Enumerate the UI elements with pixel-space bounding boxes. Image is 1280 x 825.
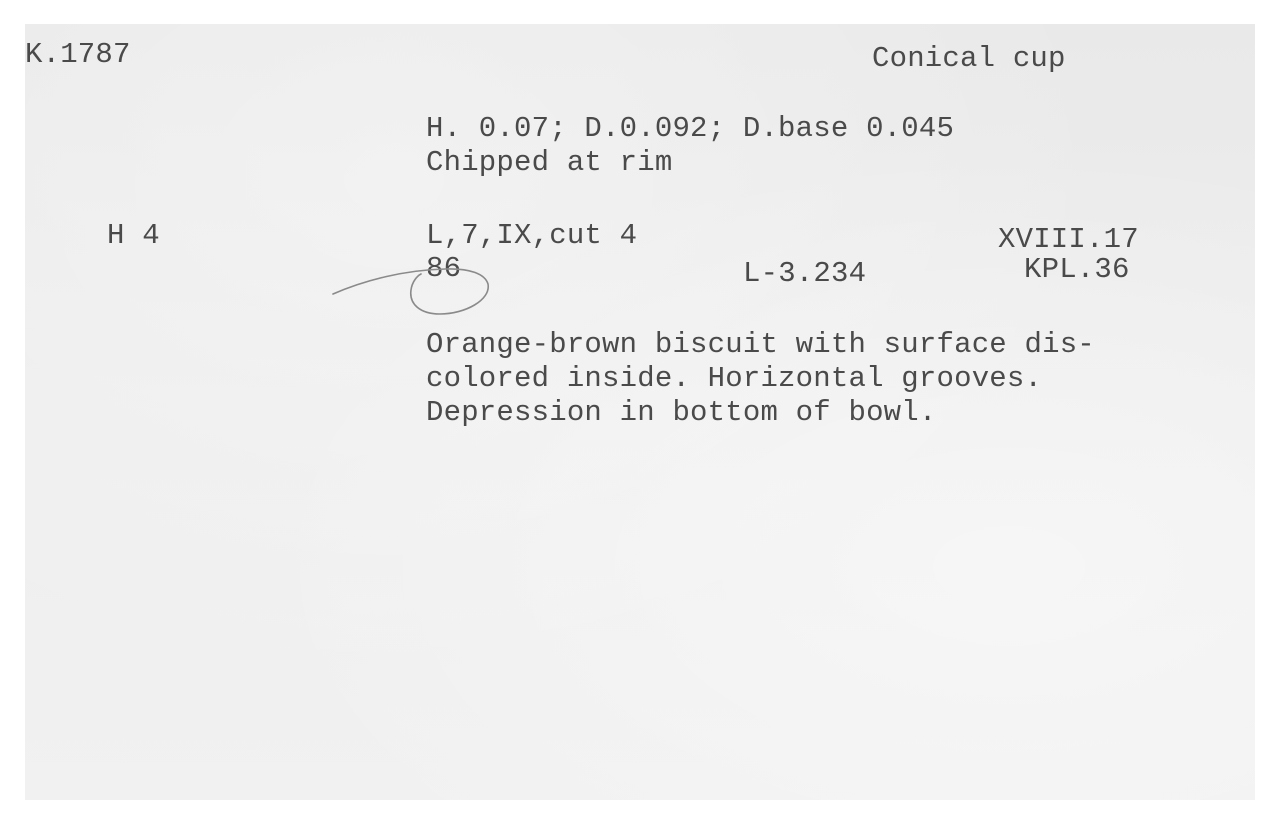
plate-reference: XVIII.17	[998, 225, 1139, 255]
object-type: Conical cup	[872, 44, 1066, 74]
catalog-number: K.1787	[25, 40, 131, 70]
circle-stroke	[333, 269, 488, 314]
publication-reference: KPL.36	[1024, 255, 1130, 285]
pencil-circle-mark	[325, 244, 525, 324]
condition-note: Chipped at rim	[426, 148, 672, 178]
description: Orange-brown biscuit with surface dis-co…	[426, 328, 1095, 430]
findspot: L,7,IX,cut 4	[426, 221, 637, 251]
grid-reference: H 4	[107, 221, 160, 251]
description-line: Orange-brown biscuit with surface dis-	[426, 328, 1095, 362]
context-number: 86	[426, 254, 461, 284]
dimensions: H. 0.07; D.0.092; D.base 0.045	[426, 114, 954, 144]
description-line: colored inside. Horizontal grooves.	[426, 362, 1095, 396]
catalog-card: K.1787 Conical cup H. 0.07; D.0.092; D.b…	[25, 24, 1255, 800]
description-line: Depression in bottom of bowl.	[426, 396, 1095, 430]
lot-reference: L-3.234	[743, 259, 866, 289]
